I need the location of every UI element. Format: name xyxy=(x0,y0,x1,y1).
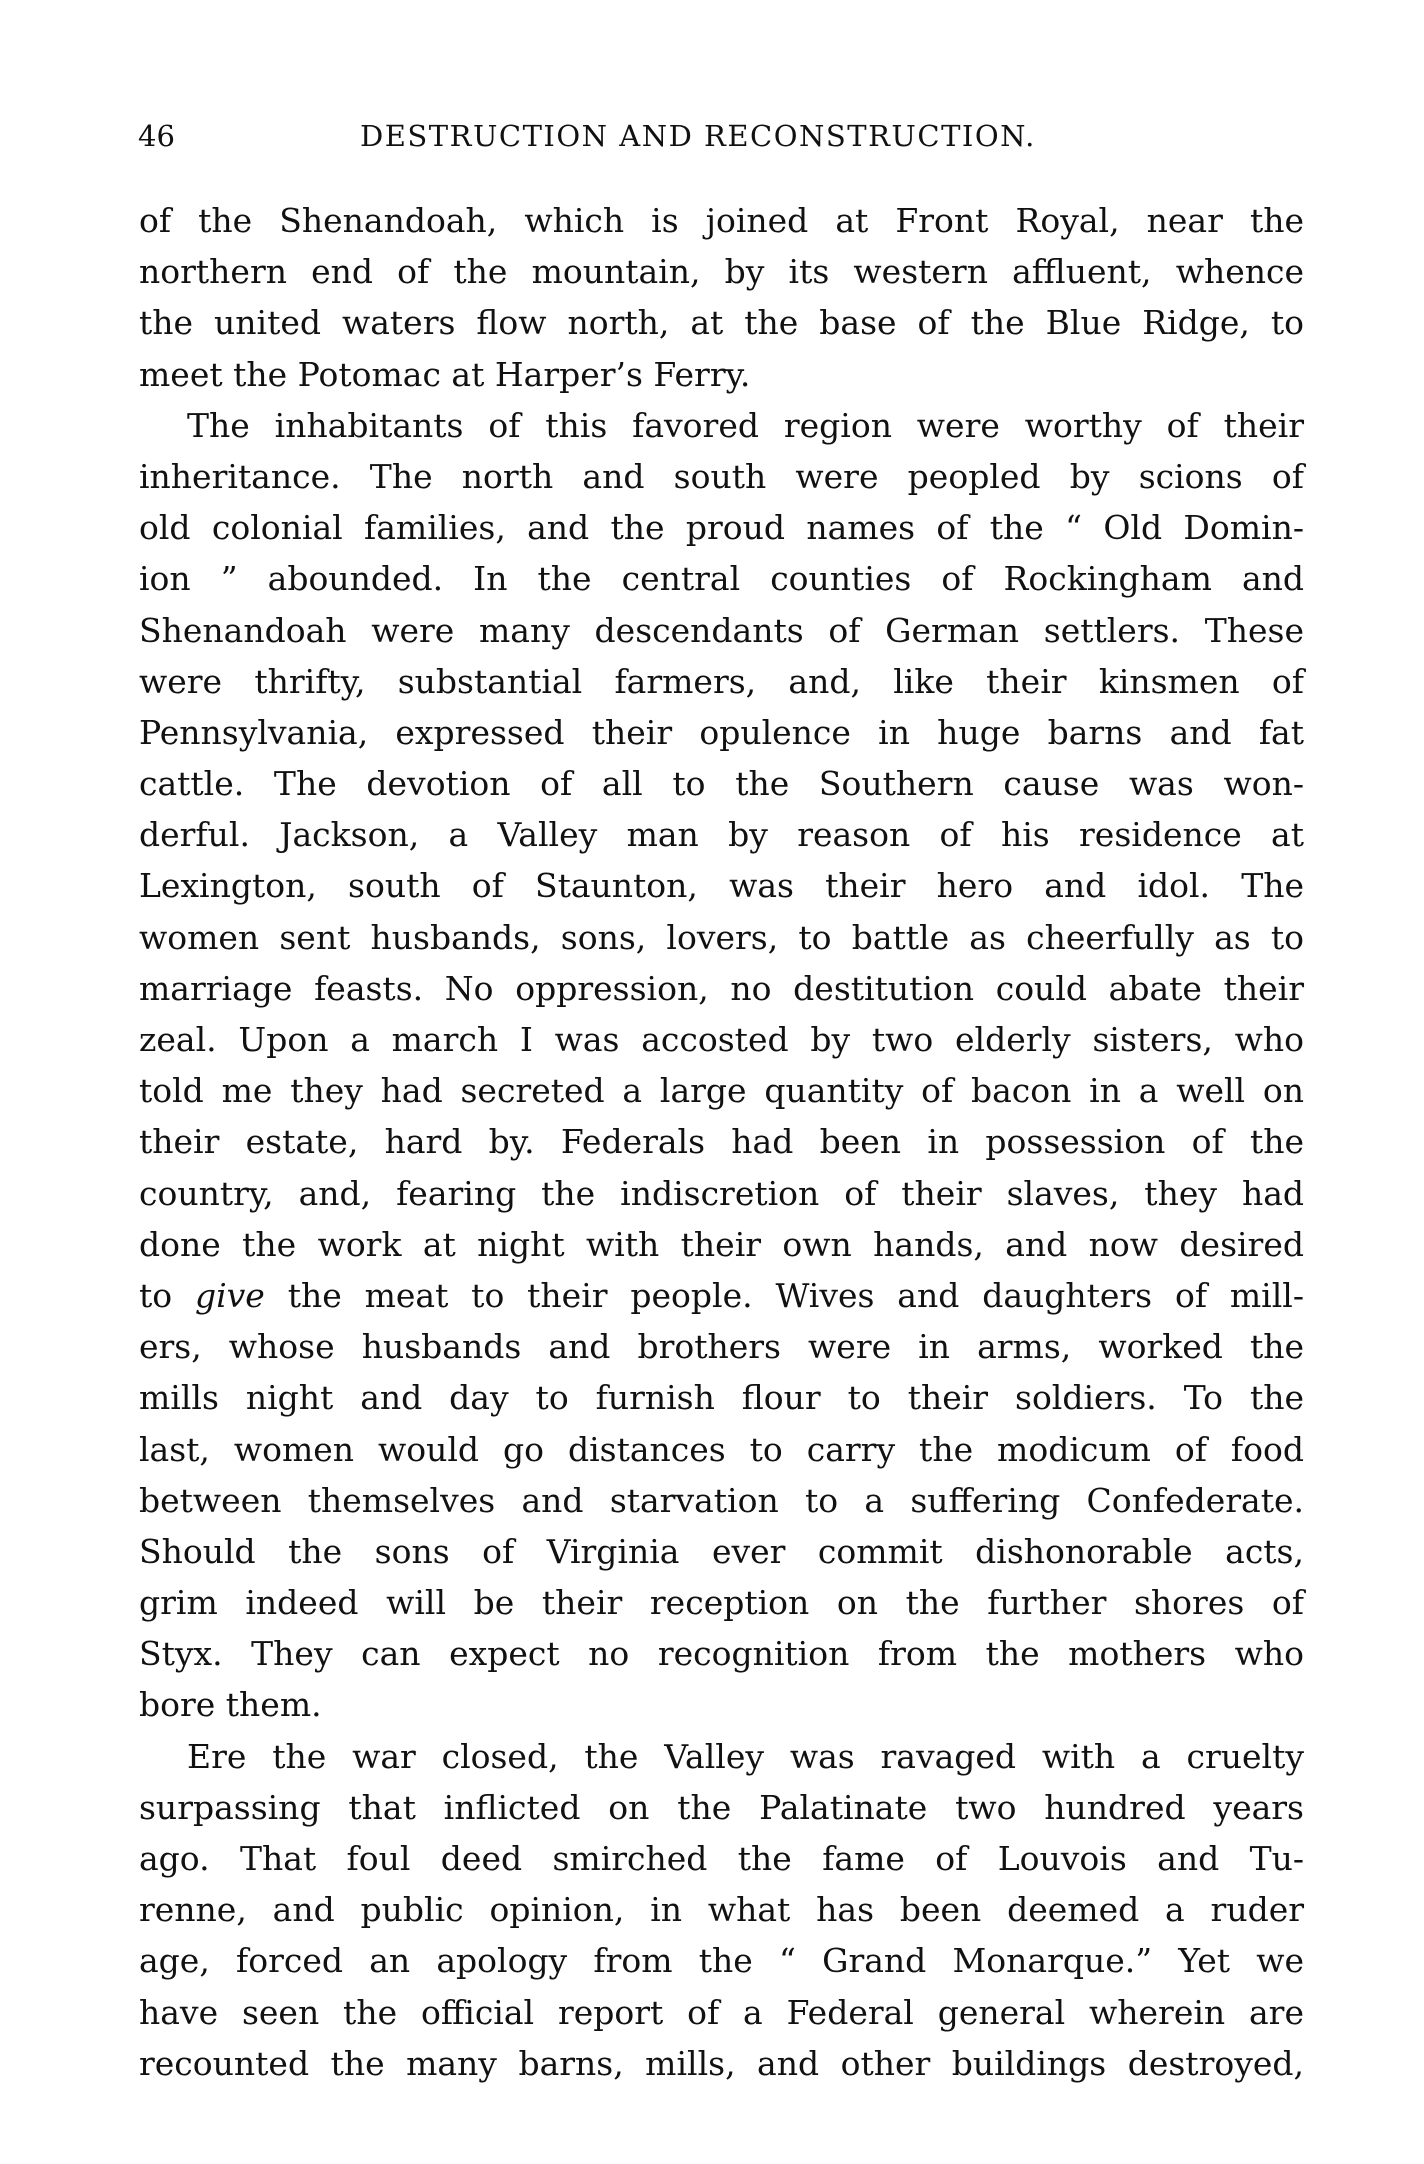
text-line: derful. Jackson, a Valley man by reason … xyxy=(139,809,1304,860)
text-segment: the meat to their people. Wives and daug… xyxy=(265,1276,1304,1315)
text-line: old colonial families, and the proud nam… xyxy=(139,502,1304,553)
page-number: 46 xyxy=(138,118,175,154)
text-line: Shenandoah were many descendants of Germ… xyxy=(139,605,1304,656)
text-line: northern end of the mountain, by its wes… xyxy=(139,246,1304,297)
text-line: were thrifty, substantial farmers, and, … xyxy=(139,656,1304,707)
text-line: bore them. xyxy=(139,1679,1304,1730)
book-page: 46 DESTRUCTION AND RECONSTRUCTION. of th… xyxy=(0,0,1424,2164)
text-line: renne, and public opinion, in what has b… xyxy=(139,1884,1304,1935)
text-line: ago. That foul deed smirched the fame of… xyxy=(139,1833,1304,1884)
running-head: 46 DESTRUCTION AND RECONSTRUCTION. xyxy=(138,118,1303,154)
text-line: cattle. The devotion of all to the South… xyxy=(139,758,1304,809)
text-line: their estate, hard by. Federals had been… xyxy=(139,1116,1304,1167)
text-line: age, forced an apology from the “ Grand … xyxy=(139,1935,1304,1986)
text-line: ion ” abounded. In the central counties … xyxy=(139,553,1304,604)
text-line: women sent husbands, sons, lovers, to ba… xyxy=(139,912,1304,963)
text-line: Pennsylvania, expressed their opulence i… xyxy=(139,707,1304,758)
text-segment: to xyxy=(139,1276,195,1315)
text-line: last, women would go distances to carry … xyxy=(139,1424,1304,1475)
text-line: have seen the official report of a Feder… xyxy=(139,1987,1304,2038)
text-line: done the work at night with their own ha… xyxy=(139,1219,1304,1270)
text-line: Should the sons of Virginia ever commit … xyxy=(139,1526,1304,1577)
text-line: marriage feasts. No oppression, no desti… xyxy=(139,963,1304,1014)
text-line: Ere the war closed, the Valley was ravag… xyxy=(139,1731,1304,1782)
text-line: grim indeed will be their reception on t… xyxy=(139,1577,1304,1628)
text-line: recounted the many barns, mills, and oth… xyxy=(139,2038,1304,2089)
text-line: Lexington, south of Staunton, was their … xyxy=(139,860,1304,911)
text-line: Styx. They can expect no recognition fro… xyxy=(139,1628,1304,1679)
text-line: meet the Potomac at Harper’s Ferry. xyxy=(139,349,1304,400)
text-line: between themselves and starvation to a s… xyxy=(139,1475,1304,1526)
text-line: of the Shenandoah, which is joined at Fr… xyxy=(139,195,1304,246)
text-line: surpassing that inflicted on the Palatin… xyxy=(139,1782,1304,1833)
text-line: ers, whose husbands and brothers were in… xyxy=(139,1321,1304,1372)
body-text: of the Shenandoah, which is joined at Fr… xyxy=(139,195,1304,2089)
italic-emphasis: give xyxy=(195,1276,265,1315)
text-line: inheritance. The north and south were pe… xyxy=(139,451,1304,502)
text-line: zeal. Upon a march I was accosted by two… xyxy=(139,1014,1304,1065)
text-line: to give the meat to their people. Wives … xyxy=(139,1270,1304,1321)
text-line: mills night and day to furnish flour to … xyxy=(139,1372,1304,1423)
text-line: country, and, fearing the indiscretion o… xyxy=(139,1168,1304,1219)
text-line: told me they had secreted a large quanti… xyxy=(139,1065,1304,1116)
running-title: DESTRUCTION AND RECONSTRUCTION. xyxy=(360,118,1036,154)
text-line: the united waters flow north, at the bas… xyxy=(139,297,1304,348)
text-line: The inhabitants of this favored region w… xyxy=(139,400,1304,451)
